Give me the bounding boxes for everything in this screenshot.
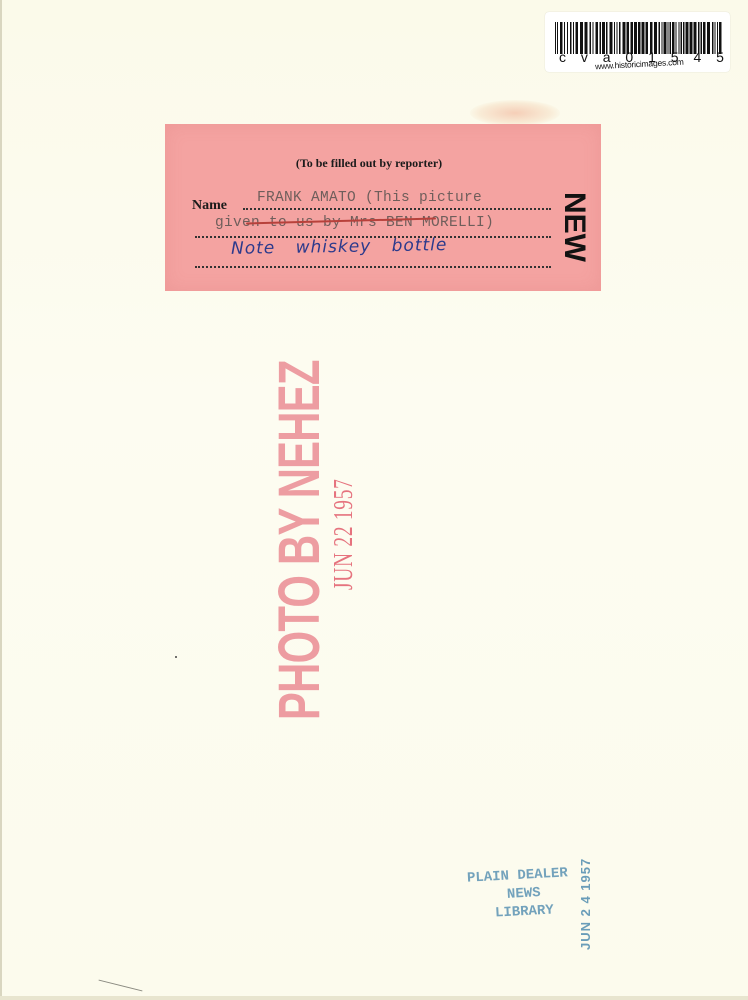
name-line-3 (195, 266, 551, 268)
photographer-credit: PHOTO BY NEHEZ (270, 360, 330, 720)
photographer-stamp: PHOTO BY NEHEZ JUN 22 1957 (270, 220, 330, 720)
paper-speck (175, 656, 177, 658)
barcode-char: c (559, 49, 566, 65)
slip-side-text: NEW (557, 192, 591, 262)
library-stamp-date: JUN 2 4 1957 (578, 858, 593, 950)
photo-back-page: cva01545 www.historicimages.com (To be f… (0, 0, 748, 1000)
photo-date: JUN 22 1957 (328, 478, 359, 590)
handwritten-note: Note whiskey bottle (231, 235, 448, 259)
library-stamp-line-3: LIBRARY (495, 902, 555, 921)
reporter-slip: (To be filled out by reporter) Name FRAN… (165, 124, 601, 291)
typed-name-line-1: FRANK AMATO (This picture (257, 190, 482, 206)
barcode-char: v (581, 49, 588, 65)
library-stamp-line-2: NEWS (507, 885, 541, 903)
barcode-char: 4 (693, 49, 701, 65)
name-label: Name (192, 198, 227, 214)
barcode-label: cva01545 www.historicimages.com (545, 12, 730, 72)
page-edge (0, 996, 748, 1000)
library-stamp-line-1: PLAIN DEALER (467, 865, 569, 886)
paper-scratch (99, 980, 143, 992)
barcode-char: 5 (716, 49, 724, 65)
paper-stain (470, 100, 560, 126)
slip-heading: (To be filled out by reporter) (165, 156, 601, 171)
name-line-1 (243, 208, 551, 210)
page-edge (0, 0, 2, 1000)
